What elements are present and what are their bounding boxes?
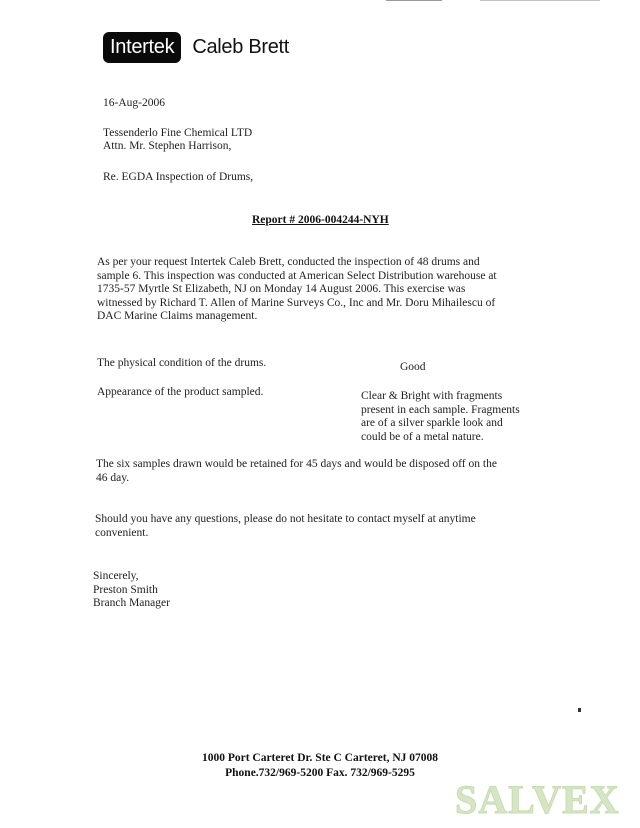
recipient-company: Tessenderlo Fine Chemical LTD [103, 127, 252, 141]
signer-name: Preston Smith [93, 584, 170, 598]
caleb-brett-logo-text: Caleb Brett [192, 36, 289, 59]
scan-artifact [480, 0, 600, 1]
letter-date: 16-Aug-2006 [103, 97, 165, 111]
intro-paragraph: As per your request Intertek Caleb Brett… [97, 256, 497, 324]
letterhead-logo: Intertek Caleb Brett [103, 32, 289, 63]
appearance-line: Clear & Bright with fragments [361, 390, 520, 404]
retention-paragraph: The six samples drawn would be retained … [96, 458, 497, 485]
finding-label-appearance: Appearance of the product sampled. [97, 386, 263, 400]
report-title: Report # 2006-004244-NYH [252, 214, 389, 226]
intertek-logo-box: Intertek [103, 32, 181, 63]
closing-line: convenient. [95, 527, 476, 541]
salvex-watermark: SALVEX [455, 780, 620, 820]
closing-line: Should you have any questions, please do… [95, 513, 476, 527]
salutation: Sincerely, [93, 570, 170, 584]
finding-label-drum-condition: The physical condition of the drums. [97, 357, 266, 371]
retention-line: The six samples drawn would be retained … [96, 458, 497, 472]
scan-speck [578, 708, 581, 712]
intro-line: sample 6. This inspection was conducted … [97, 270, 497, 284]
retention-line: 46 day. [96, 472, 497, 486]
scan-artifact [386, 0, 442, 1]
signer-title: Branch Manager [93, 597, 170, 611]
intro-line: 1735-57 Myrtle St Elizabeth, NJ on Monda… [97, 283, 497, 297]
appearance-line: are of a silver sparkle look and [361, 417, 520, 431]
finding-value-drum-condition: Good [400, 361, 426, 375]
appearance-line: could be of a metal nature. [361, 431, 520, 445]
subject-line: Re. EGDA Inspection of Drums, [103, 171, 253, 185]
appearance-line: present in each sample. Fragments [361, 404, 520, 418]
intro-line: witnessed by Richard T. Allen of Marine … [97, 297, 497, 311]
intro-line: As per your request Intertek Caleb Brett… [97, 256, 497, 270]
recipient-attention: Attn. Mr. Stephen Harrison, [103, 140, 231, 154]
intro-line: DAC Marine Claims management. [97, 310, 497, 324]
closing-paragraph: Should you have any questions, please do… [95, 513, 476, 540]
signature-block: Sincerely, Preston Smith Branch Manager [93, 570, 170, 611]
finding-value-appearance: Clear & Bright with fragments present in… [361, 390, 520, 444]
footer-address: 1000 Port Carteret Dr. Ste C Carteret, N… [0, 751, 640, 766]
